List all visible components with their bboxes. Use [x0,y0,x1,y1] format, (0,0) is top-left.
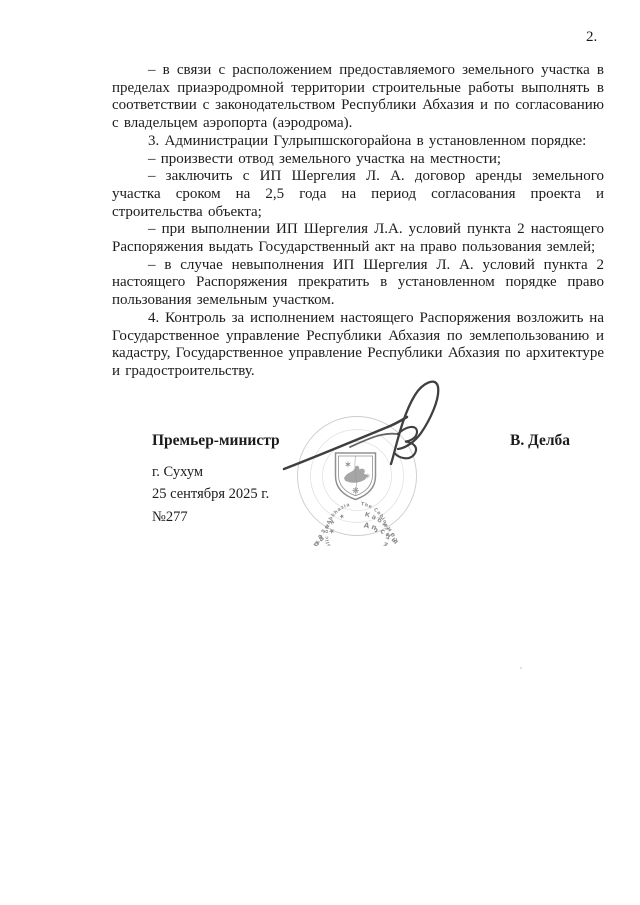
scan-speck [520,667,522,669]
paragraph-state-act: – при выполнении ИП Шергелия Л.А. услови… [112,221,604,256]
paragraph-land-allotment: – произвести отвод земельного участка на… [112,151,604,169]
signer-title: Премьер-министр [152,432,280,450]
paragraph-termination-clause: – в случае невыполнения ИП Шергелия Л. А… [112,257,604,310]
document-date: 25 сентября 2025 г. [152,486,269,503]
stamp-star-bottom: ❋ [352,487,359,497]
document-page: 2. – в связи с расположением предоставля… [0,0,640,905]
signer-name: В. Делба [510,432,570,450]
document-city: г. Сухум [152,464,203,481]
paragraph-lease-agreement: – заключить с ИП Шергелия Л. А. договор … [112,168,604,221]
paragraph-item-3: 3. Администрации Гулрыпшскогорайона в ус… [112,133,604,151]
handwritten-signature-icon [278,372,488,482]
paragraph-aerodrome-condition: – в связи с расположением предоставляемо… [112,62,604,133]
document-number: №277 [152,509,188,526]
page-number: 2. [586,29,597,46]
paragraph-item-4-control: 4. Контроль за исполнением настоящего Ра… [112,310,604,381]
document-body: – в связи с расположением предоставляемо… [112,62,604,381]
